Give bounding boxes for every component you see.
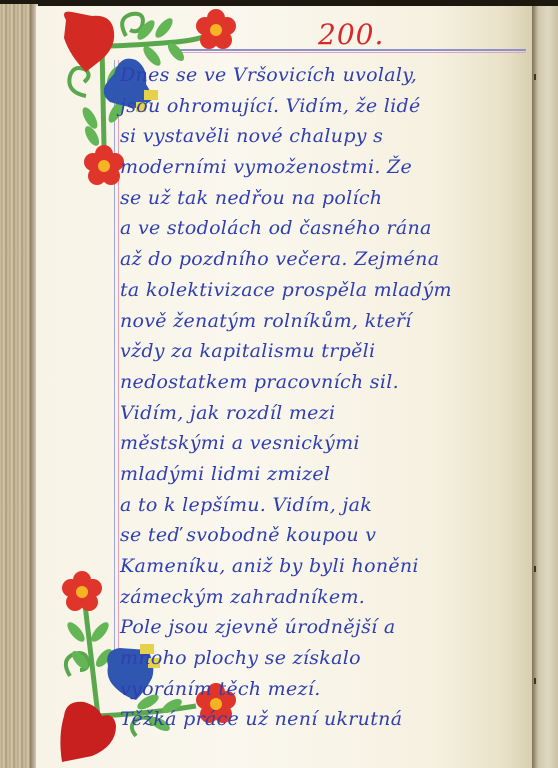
text-line: vyoráním těch mezí. <box>120 674 530 705</box>
text-line: mladými lidmi zmizel <box>120 459 530 490</box>
text-line: mnoho plochy se získalo <box>120 643 530 674</box>
text-line: nedostatkem pracovních sil. <box>120 367 530 398</box>
text-line: Vidím, jak rozdíl mezi <box>120 398 530 429</box>
text-line: městskými a vesnickými <box>120 428 530 459</box>
text-line: Pole jsou zjevně úrodnější a <box>120 612 530 643</box>
handwritten-text: Dnes se ve Vršovicích uvolaly, jsou ohro… <box>120 60 530 735</box>
text-line: jsou ohromující. Vidím, že lidé <box>120 91 530 122</box>
red-flower-icon <box>84 145 124 185</box>
text-line: a ve stodolách od časného rána <box>120 213 530 244</box>
text-line: vždy za kapitalismu trpěli <box>120 336 530 367</box>
text-line: Těžká práce už není ukrutná <box>120 704 530 735</box>
text-line: si vystavěli nové chalupy s <box>120 121 530 152</box>
book-gutter <box>532 6 558 768</box>
text-line: ta kolektivizace prospěla mladým <box>120 275 530 306</box>
gutter-mark <box>534 74 536 80</box>
text-line: zámeckým zahradníkem. <box>120 582 530 613</box>
red-heart-icon <box>64 12 114 72</box>
red-flower-icon <box>196 9 236 49</box>
text-line: nově ženatým rolníkům, kteří <box>120 306 530 337</box>
text-line: Kameníku, aniž by byli honěni <box>120 551 530 582</box>
gutter-mark <box>534 678 536 684</box>
text-line: moderními vymoženostmi. Že <box>120 152 530 183</box>
text-line: se už tak nedřou na polích <box>120 183 530 214</box>
text-line: se teď svobodně koupou v <box>120 520 530 551</box>
text-line: a to k lepšímu. Vidím, jak <box>120 490 530 521</box>
page-number: 200. <box>318 18 384 51</box>
text-line: až do pozdního večera. Zejména <box>120 244 530 275</box>
gutter-mark <box>534 566 536 572</box>
text-line: Dnes se ve Vršovicích uvolaly, <box>120 60 530 91</box>
red-heart-icon <box>60 702 116 762</box>
red-flower-icon <box>62 571 102 611</box>
